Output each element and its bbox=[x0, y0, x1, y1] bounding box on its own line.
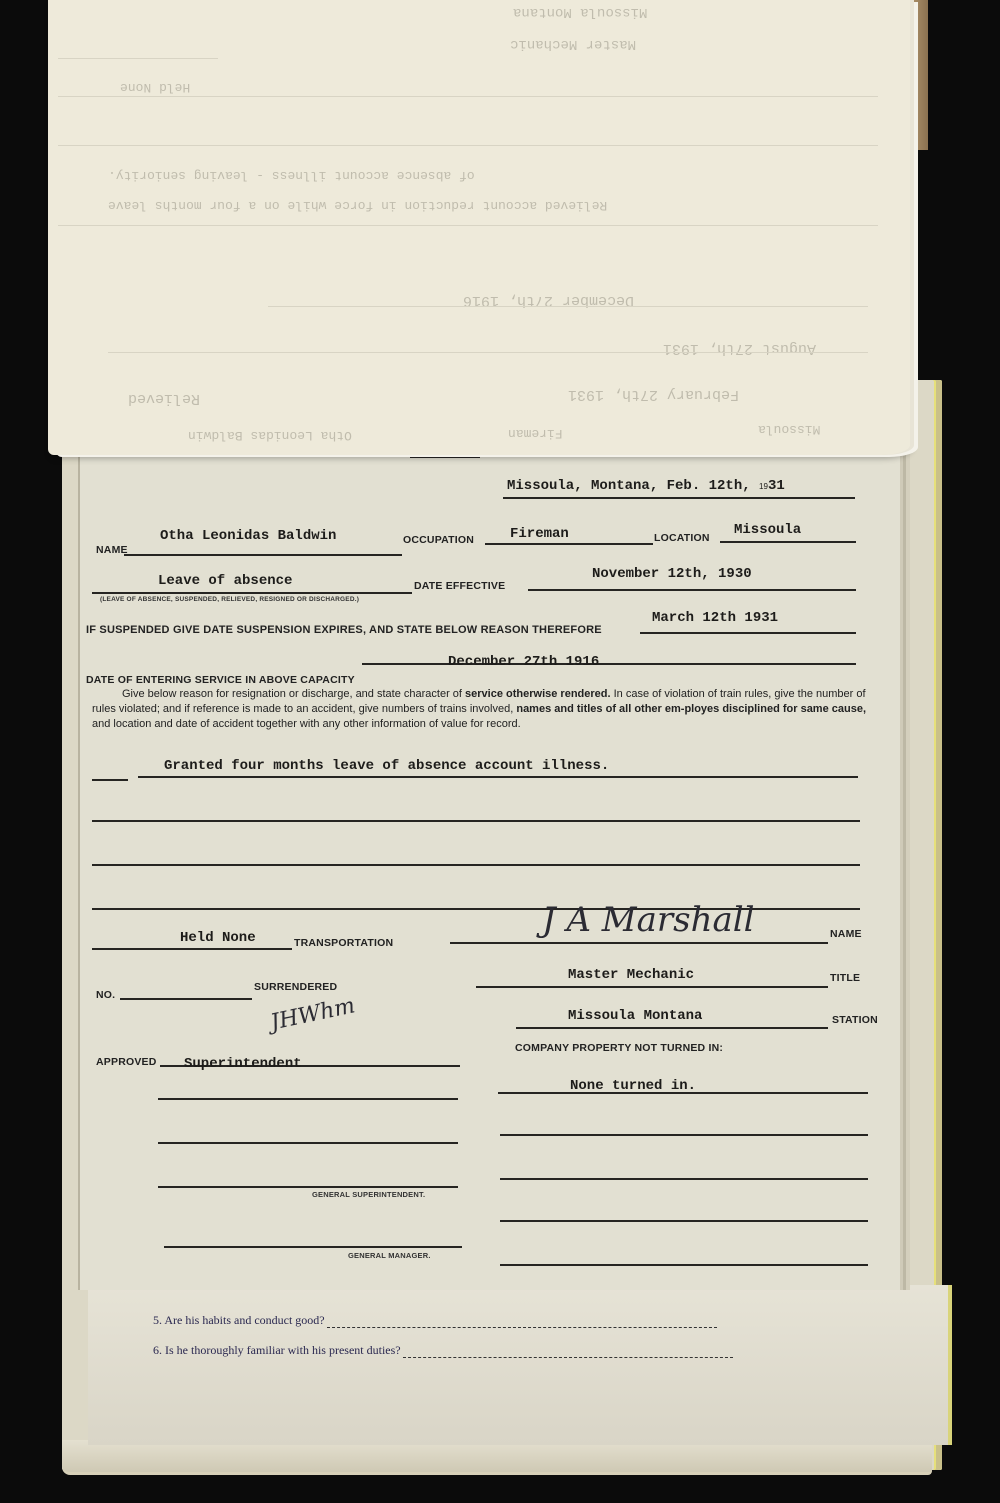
property-rule-4 bbox=[500, 1220, 868, 1222]
place-date: Missoula, Montana, Feb. 12th, 1931 bbox=[507, 478, 785, 494]
underlying-questionnaire-page: 5. Are his habits and conduct good? 6. I… bbox=[88, 1285, 952, 1445]
year-suffix: 31 bbox=[768, 478, 785, 494]
property-rule-1 bbox=[498, 1092, 868, 1094]
status-value: Leave of absence bbox=[158, 573, 292, 589]
status-hint: (LEAVE OF ABSENCE, SUSPENDED, RELIEVED, … bbox=[100, 596, 359, 603]
occupation-value: Fireman bbox=[510, 526, 569, 542]
instructions-paragraph: Give below reason for resignation or dis… bbox=[92, 687, 882, 732]
ghost-rule bbox=[268, 306, 868, 307]
place-date-rule bbox=[503, 497, 855, 499]
ghost-reason-1: Relieved account reduction in force whil… bbox=[108, 198, 607, 213]
transportation-value: Held None bbox=[180, 930, 256, 946]
entering-service-label: DATE OF ENTERING SERVICE IN ABOVE CAPACI… bbox=[86, 674, 355, 686]
ghost-rule bbox=[58, 225, 878, 226]
place-date-text: Missoula, Montana, Feb. 12th, bbox=[507, 478, 759, 494]
ghost-occupation: Fireman bbox=[508, 426, 563, 441]
suspension-expires-value: March 12th 1931 bbox=[652, 610, 778, 626]
signer-signature: J A Marshall bbox=[542, 900, 755, 940]
reason-value: Granted four months leave of absence acc… bbox=[164, 758, 609, 774]
reason-rule-1 bbox=[138, 776, 858, 778]
ghost-rule bbox=[58, 58, 218, 59]
ghost-rule bbox=[58, 145, 878, 146]
ghost-title: Master Mechanic bbox=[510, 36, 636, 52]
approved-value: Superintendent bbox=[184, 1056, 302, 1072]
ghost-rule bbox=[108, 352, 868, 353]
employment-status-form: Missoula, Montana, Feb. 12th, 1931 NAME … bbox=[78, 430, 900, 1290]
year-prefix: 19 bbox=[759, 482, 768, 491]
status-rule bbox=[92, 592, 412, 594]
instructions-bold-2: names and titles of all other em-ployes … bbox=[516, 703, 866, 715]
transportation-label: TRANSPORTATION bbox=[294, 937, 393, 949]
signer-name-label: NAME bbox=[830, 928, 862, 940]
name-rule bbox=[124, 554, 402, 556]
no-rule bbox=[120, 998, 252, 1000]
suspension-rule bbox=[640, 632, 856, 634]
ghost-name: Otha Leonidas Baldwin bbox=[188, 428, 352, 443]
approver-signature: JHWhm bbox=[268, 993, 357, 1035]
signer-station-value: Missoula Montana bbox=[568, 1008, 702, 1024]
signer-station-rule bbox=[516, 1027, 828, 1029]
reason-rule-stub bbox=[92, 779, 128, 781]
answer-line-6 bbox=[403, 1356, 733, 1358]
question-5-text: 5. Are his habits and conduct good? bbox=[153, 1313, 325, 1328]
ghost-rule bbox=[58, 96, 878, 97]
ghost-suspension-expires: August 27th, 1931 bbox=[663, 340, 816, 357]
property-rule-5 bbox=[500, 1264, 868, 1266]
question-6-text: 6. Is he thoroughly familiar with his pr… bbox=[153, 1343, 401, 1358]
entering-service-rule bbox=[362, 663, 856, 665]
date-effective-rule bbox=[528, 589, 856, 591]
signer-title-value: Master Mechanic bbox=[568, 967, 694, 983]
property-rule-3 bbox=[500, 1178, 868, 1180]
entering-service-value: December 27th 1916 bbox=[448, 654, 599, 670]
reason-rule-2 bbox=[92, 820, 860, 822]
employee-name: Otha Leonidas Baldwin bbox=[160, 528, 336, 544]
ghost-station: Missoula Montana bbox=[513, 4, 647, 20]
ghost-location: Missoula bbox=[758, 422, 820, 437]
date-effective-value: November 12th, 1930 bbox=[592, 566, 752, 582]
suspension-label: IF SUSPENDED GIVE DATE SUSPENSION EXPIRE… bbox=[86, 624, 602, 636]
ghost-status: Relieved bbox=[128, 390, 200, 407]
occupation-label: OCCUPATION bbox=[403, 534, 474, 546]
transportation-rule bbox=[92, 948, 292, 950]
occupation-rule bbox=[485, 543, 653, 545]
signer-title-label: TITLE bbox=[830, 972, 860, 984]
surrendered-label: SURRENDERED bbox=[254, 981, 337, 993]
no-label: NO. bbox=[96, 989, 115, 1001]
reason-rule-3 bbox=[92, 864, 860, 866]
approved-label: APPROVED bbox=[96, 1056, 157, 1068]
property-label: COMPANY PROPERTY NOT TURNED IN: bbox=[515, 1042, 723, 1054]
ghost-transportation: Held None bbox=[120, 80, 190, 95]
instructions-bold-1: service otherwise rendered. bbox=[465, 688, 611, 700]
approval-rule-3 bbox=[158, 1142, 458, 1144]
location-rule bbox=[720, 541, 856, 543]
ghost-reason-2: of absence account illness - leaving sen… bbox=[108, 168, 475, 183]
page-edges-bottom bbox=[62, 1440, 932, 1475]
question-5: 5. Are his habits and conduct good? bbox=[153, 1313, 717, 1328]
ghost-date-effective: February 27th, 1931 bbox=[568, 386, 739, 403]
general-manager-label: GENERAL MANAGER. bbox=[348, 1251, 431, 1260]
general-superintendent-rule bbox=[158, 1186, 458, 1188]
location-label: LOCATION bbox=[654, 532, 710, 544]
date-effective-label: DATE EFFECTIVE bbox=[414, 580, 505, 592]
approval-rule-2 bbox=[158, 1098, 458, 1100]
folded-previous-page: Missoula Montana Master Mechanic Held No… bbox=[48, 0, 910, 455]
location-value: Missoula bbox=[734, 522, 801, 538]
instructions-text-3: and location and date of accident togeth… bbox=[92, 718, 521, 730]
top-rule bbox=[410, 457, 480, 458]
general-superintendent-label: GENERAL SUPERINTENDENT. bbox=[312, 1190, 425, 1199]
signer-title-rule bbox=[476, 986, 828, 988]
signer-station-label: STATION bbox=[832, 1014, 878, 1026]
property-rule-2 bbox=[500, 1134, 868, 1136]
name-label: NAME bbox=[96, 544, 128, 556]
instructions-text-1: Give below reason for resignation or dis… bbox=[92, 688, 465, 700]
question-6: 6. Is he thoroughly familiar with his pr… bbox=[153, 1343, 733, 1358]
signer-name-rule bbox=[450, 942, 828, 944]
general-manager-rule bbox=[164, 1246, 462, 1248]
answer-line-5 bbox=[327, 1326, 717, 1328]
